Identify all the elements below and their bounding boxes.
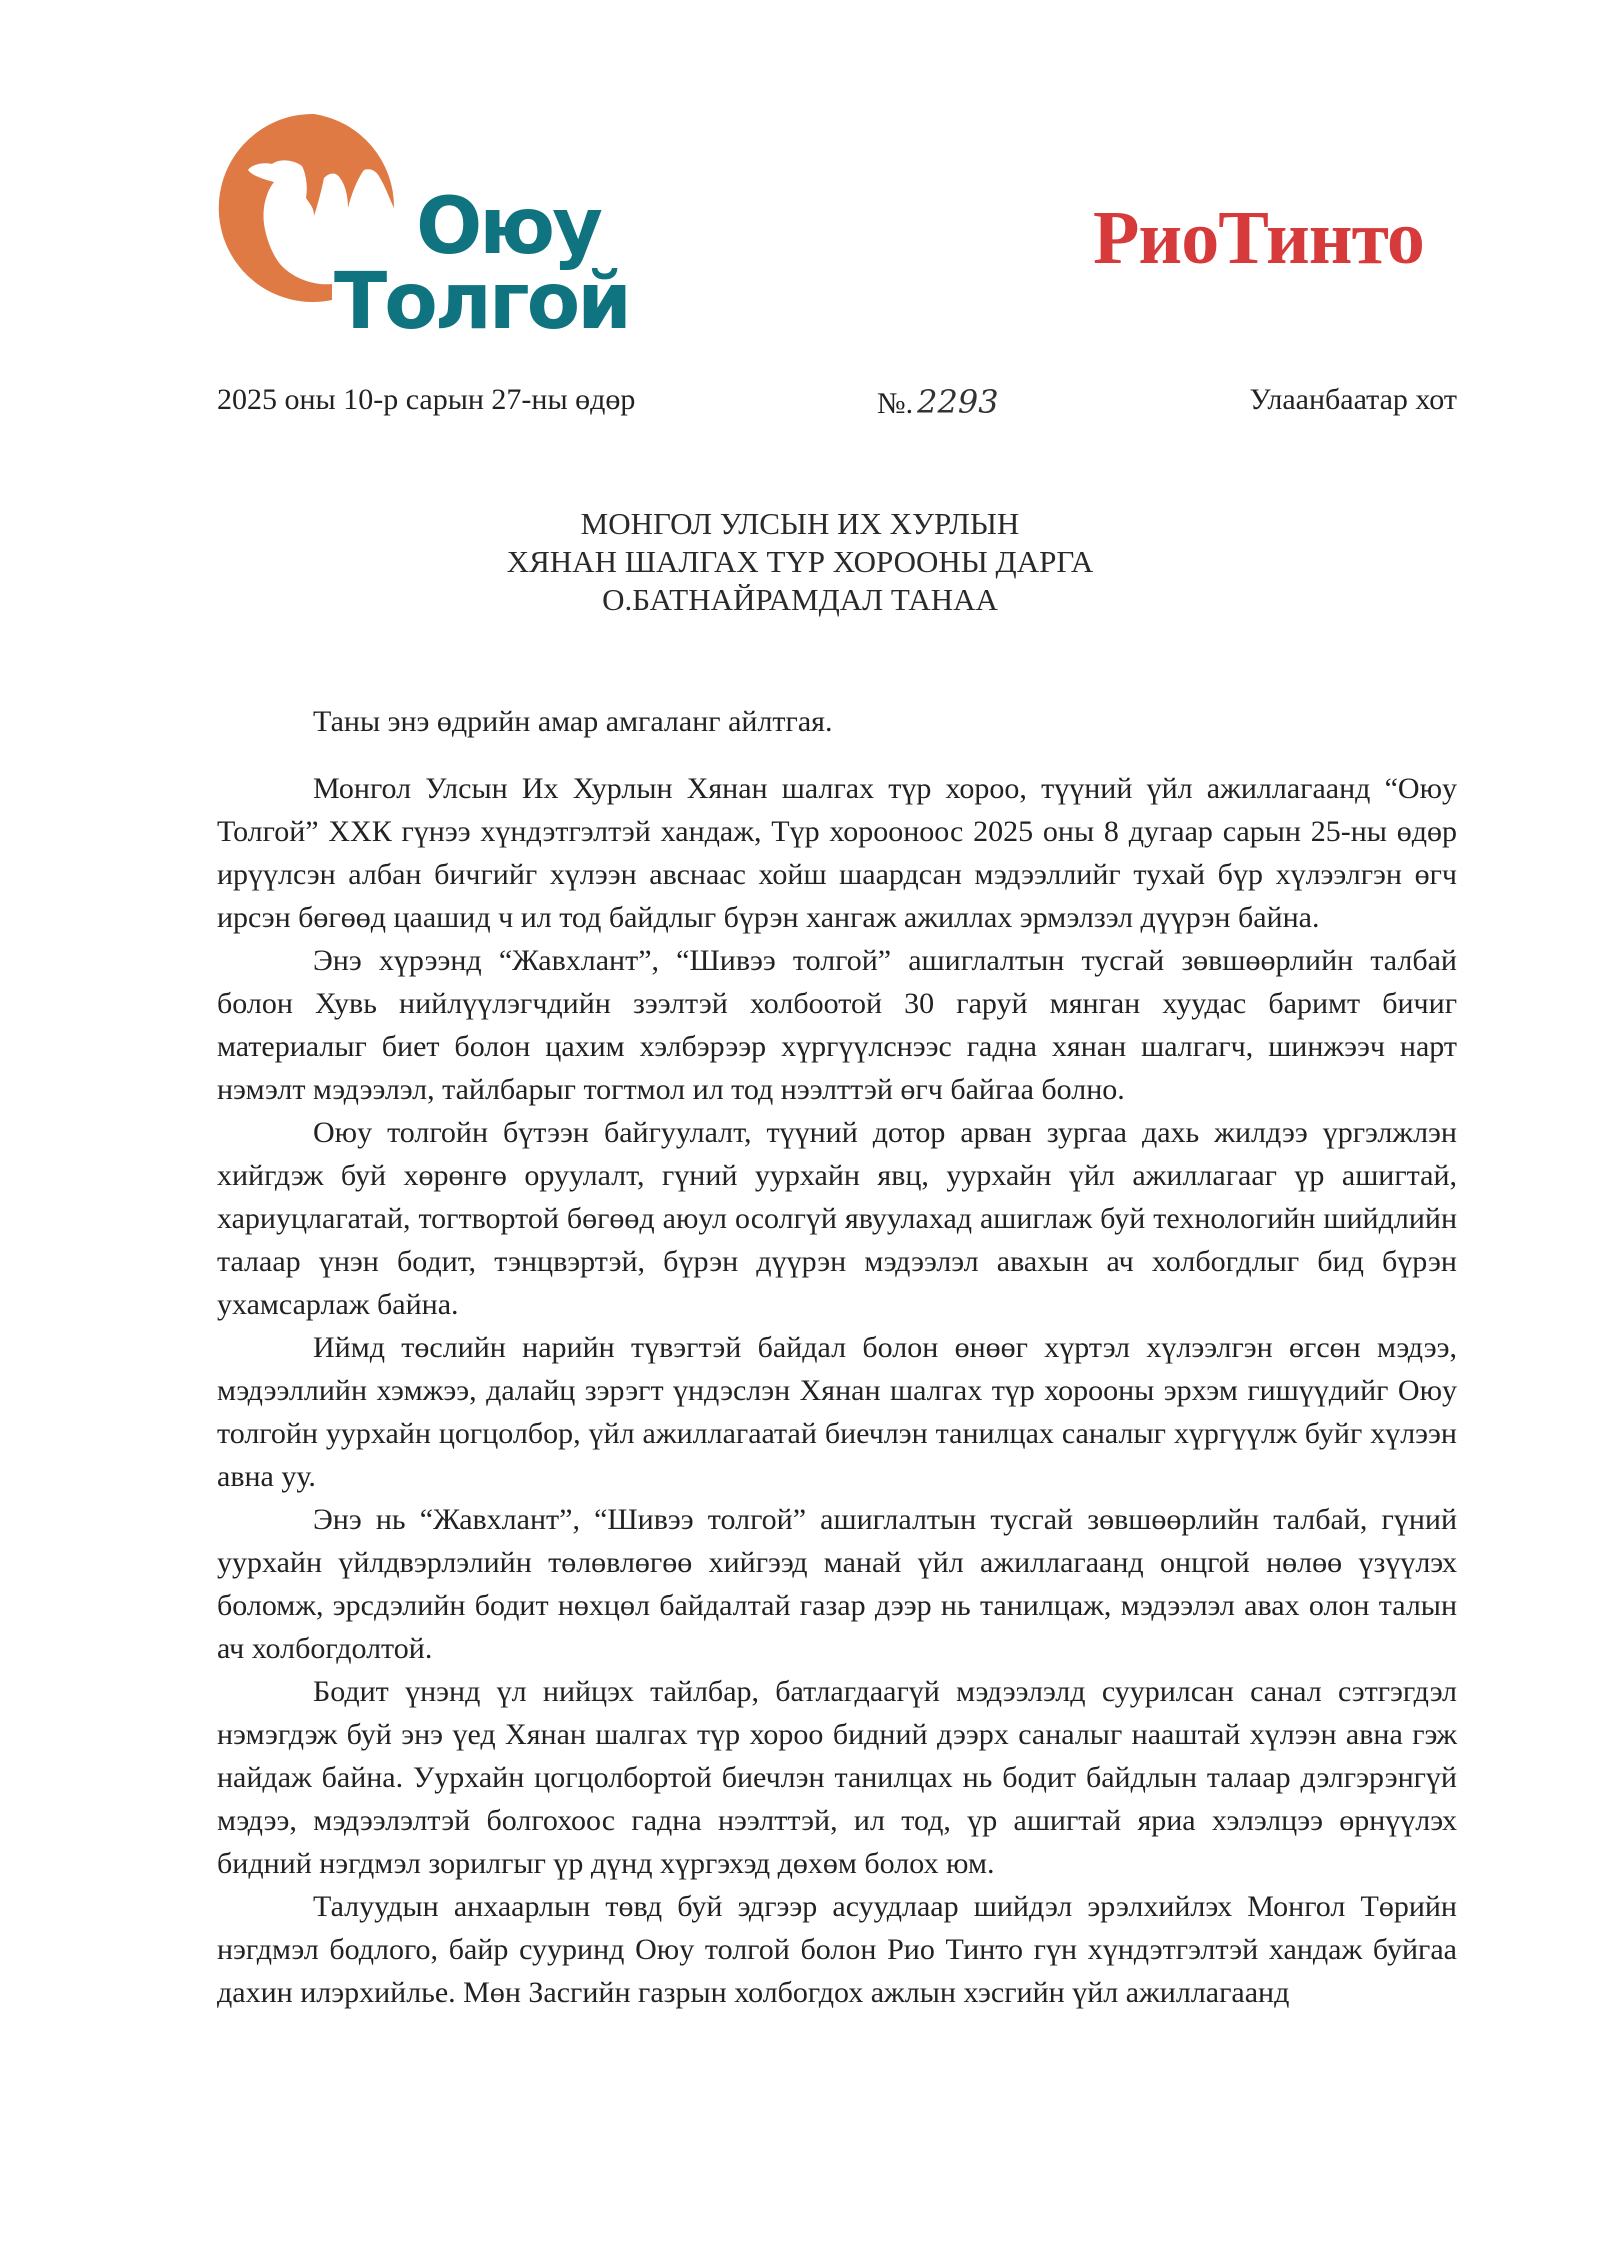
body-paragraph: Бодит үнэнд үл нийцэх тайлбар, батлагдаа… xyxy=(217,1670,1457,1885)
addressee-line: ХЯНАН ШАЛГАХ ТҮР ХОРООНЫ ДАРГА xyxy=(0,543,1600,581)
addressee-line: О.БАТНАЙРАМДАЛ ТАНАА xyxy=(0,581,1600,619)
letter-date: 2025 оны 10-р сарын 27-ны өдөр xyxy=(217,383,635,417)
body-paragraph: Талуудын анхаарлын төвд буй эдгээр асууд… xyxy=(217,1885,1457,2014)
letter-meta-row: 2025 оны 10-р сарын 27-ны өдөр №.2293 Ул… xyxy=(217,383,1457,423)
letter-number-value: 2293 xyxy=(917,383,998,421)
addressee-block: МОНГОЛ УЛСЫН ИХ ХУРЛЫН ХЯНАН ШАЛГАХ ТҮР … xyxy=(0,505,1600,619)
letter-city: Улаанбаатар хот xyxy=(1250,383,1458,417)
rio-tinto-logo: РиоТинто xyxy=(1093,200,1424,276)
body-paragraph: Монгол Улсын Их Хурлын Хянан шалгах түр … xyxy=(217,767,1457,939)
letter-number-label: №. xyxy=(877,387,913,420)
addressee-line: МОНГОЛ УЛСЫН ИХ ХУРЛЫН xyxy=(0,505,1600,543)
body-paragraph: Оюу толгойн бүтээн байгуулалт, түүний до… xyxy=(217,1111,1457,1326)
logo-word-oyu: Оюу xyxy=(416,188,600,266)
body-paragraph: Энэ нь “Жавхлант”, “Шивээ толгой” ашигла… xyxy=(217,1498,1457,1670)
logo-word-tolgoi: Толгой xyxy=(334,263,629,341)
body-paragraph: Энэ хүрээнд “Жавхлант”, “Шивээ толгой” а… xyxy=(217,939,1457,1111)
letter-number: №.2293 xyxy=(877,383,999,421)
letter-body: Таны энэ өдрийн амар амгаланг айлтгая. М… xyxy=(217,700,1457,2014)
body-paragraph: Иймд төслийн нарийн түвэгтэй байдал боло… xyxy=(217,1326,1457,1498)
greeting: Таны энэ өдрийн амар амгаланг айлтгая. xyxy=(217,700,1457,743)
oyu-tolgoi-logo: Оюу Толгой xyxy=(214,108,604,333)
